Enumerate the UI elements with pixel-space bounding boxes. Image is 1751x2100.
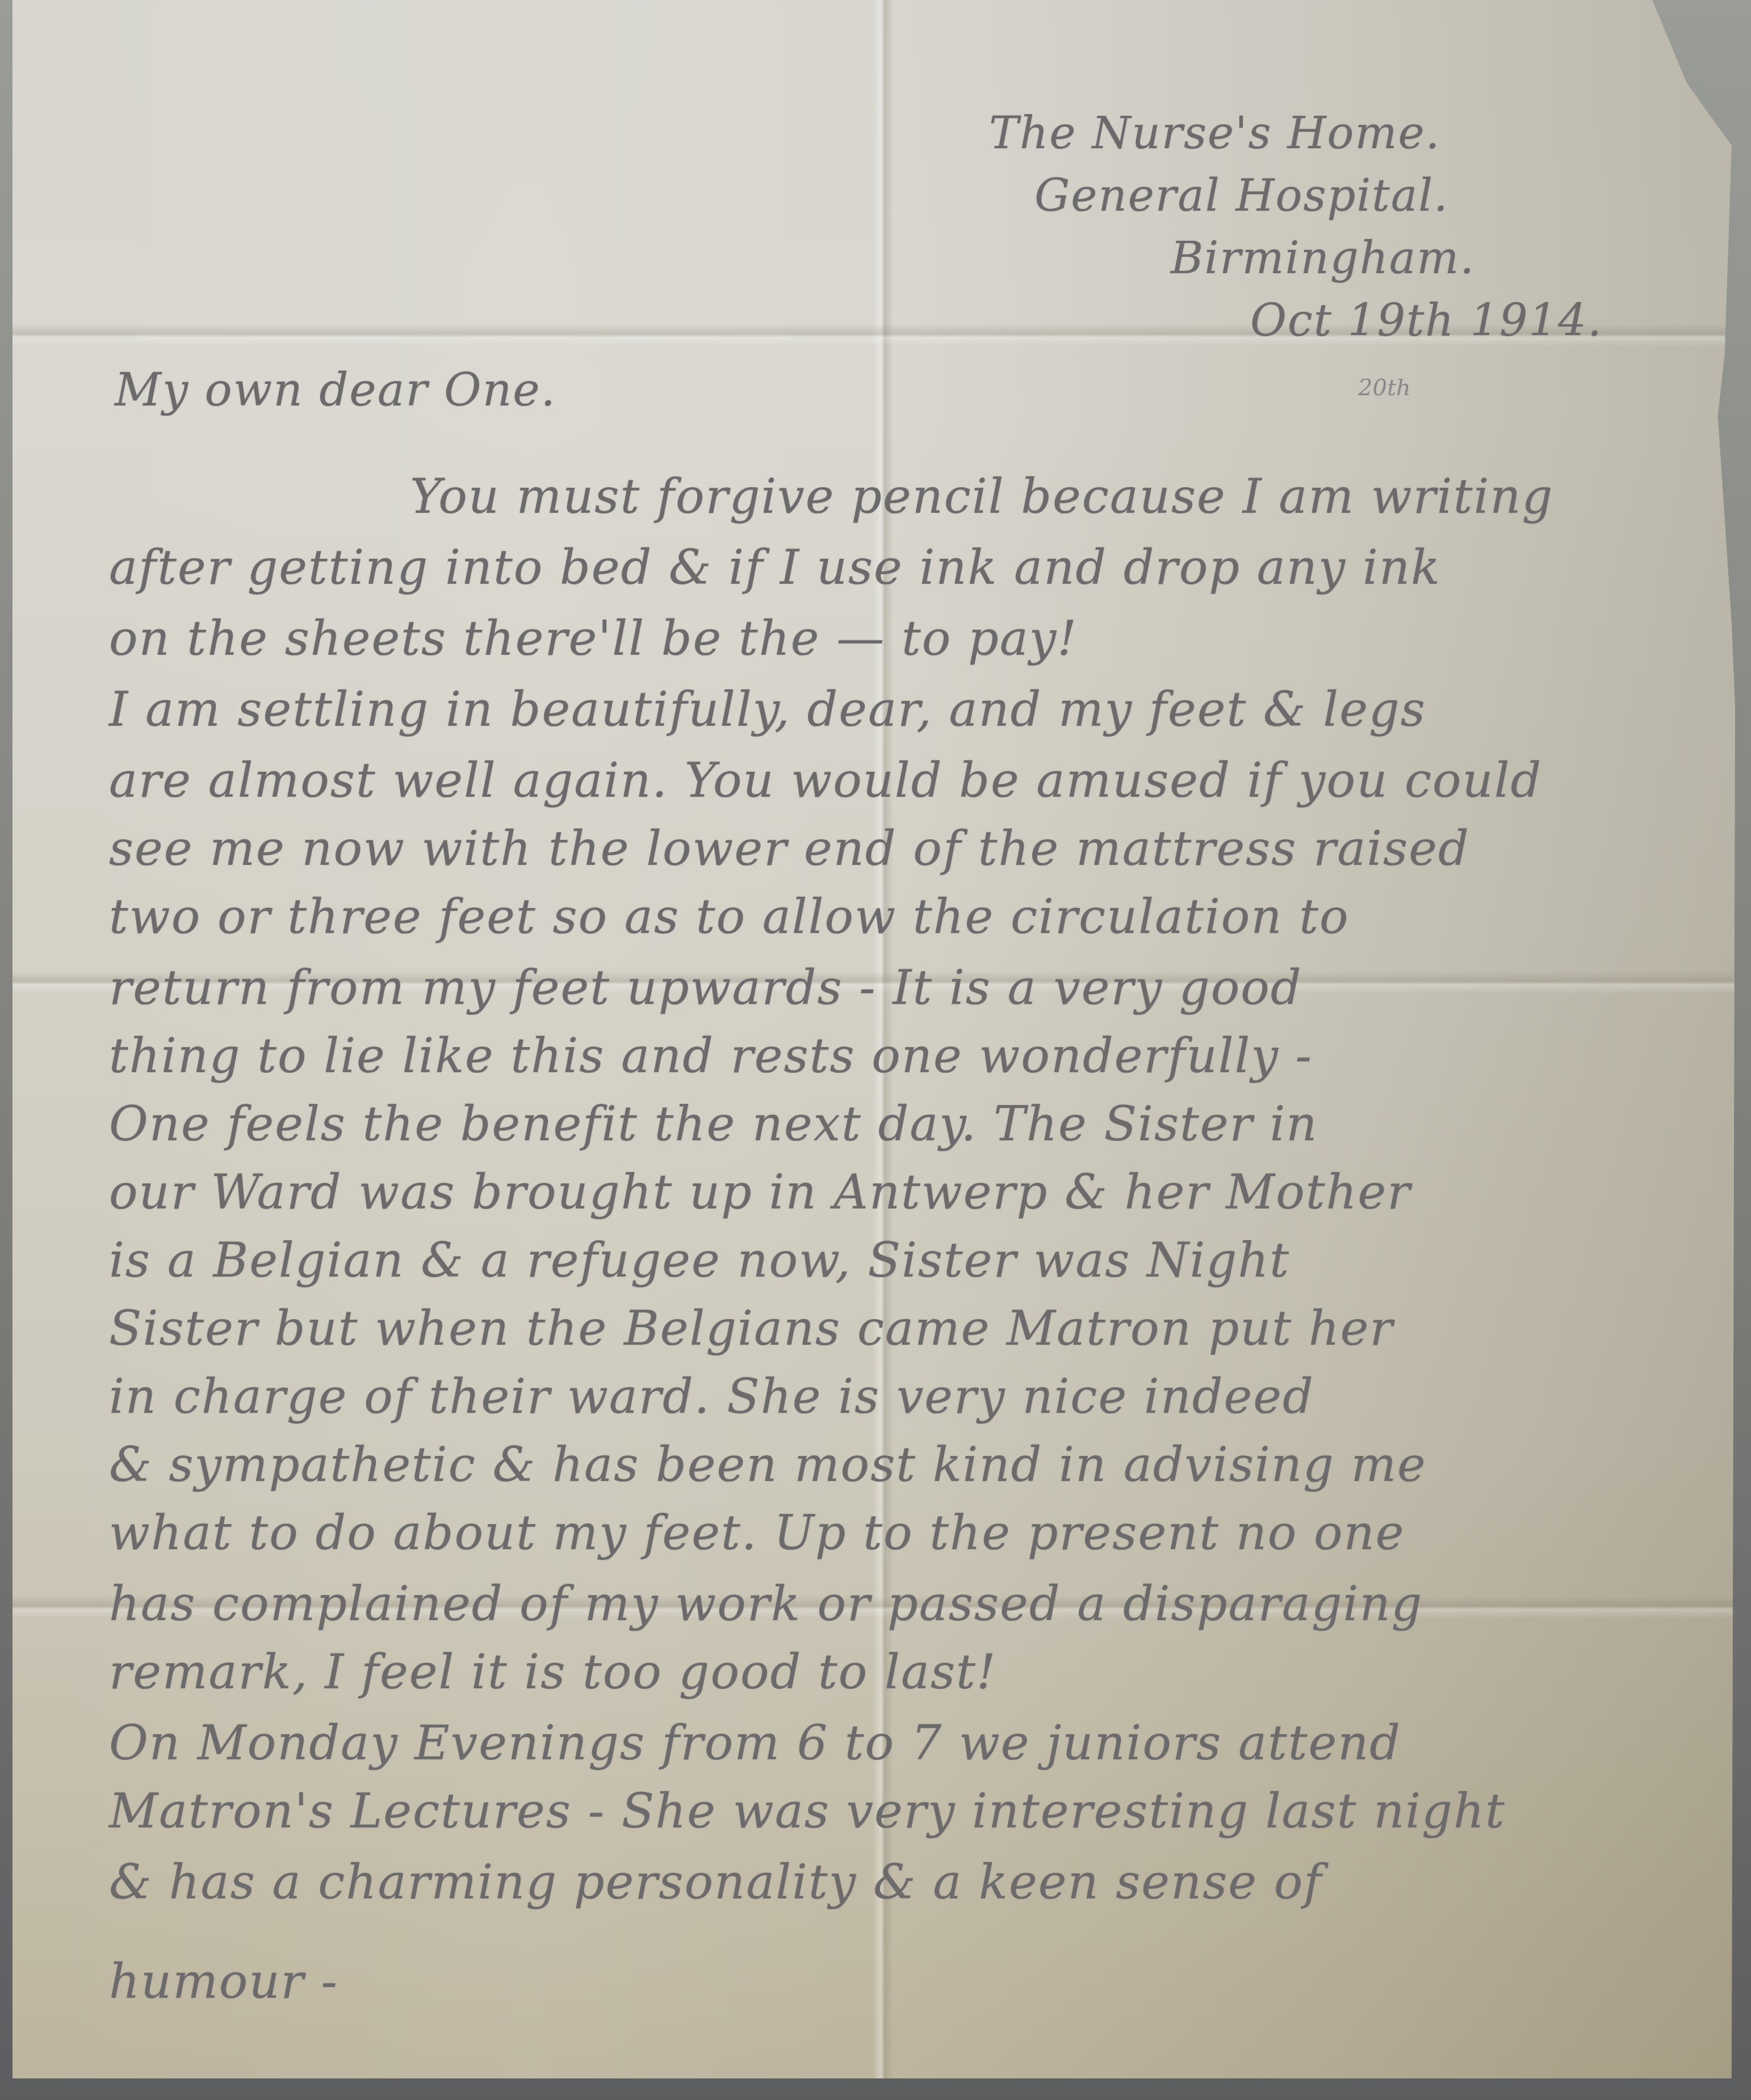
body-line: after getting into bed & if I use ink an… xyxy=(109,539,1441,595)
body-line: Matron's Lectures - She was very interes… xyxy=(109,1783,1506,1839)
body-line: see me now with the lower end of the mat… xyxy=(109,821,1470,876)
date-annotation: 20th xyxy=(1358,375,1411,401)
address-line-1: The Nurse's Home. xyxy=(989,108,1440,159)
body-line: are almost well again. You would be amus… xyxy=(109,752,1542,808)
letter-photograph: The Nurse's Home. General Hospital. Birm… xyxy=(0,0,1751,2100)
body-line: what to do about my feet. Up to the pres… xyxy=(109,1505,1405,1561)
letter-date: Oct 19th 1914. xyxy=(1250,295,1603,346)
body-line: & sympathetic & has been most kind in ad… xyxy=(109,1437,1427,1492)
body-line: thing to lie like this and rests one won… xyxy=(109,1028,1313,1084)
body-line: & has a charming personality & a keen se… xyxy=(109,1854,1322,1910)
body-line: in charge of their ward. She is very nic… xyxy=(109,1369,1314,1424)
address-line-3: Birmingham. xyxy=(1171,233,1475,284)
body-line: two or three feet so as to allow the cir… xyxy=(109,889,1350,944)
body-line: our Ward was brought up in Antwerp & her… xyxy=(109,1164,1411,1220)
closing-line: humour - xyxy=(109,1953,338,2009)
body-line: You must forgive pencil because I am wri… xyxy=(410,468,1553,524)
body-line: has complained of my work or passed a di… xyxy=(109,1576,1423,1632)
letter-sheet: The Nurse's Home. General Hospital. Birm… xyxy=(12,0,1739,2078)
body-line: on the sheets there'll be the — to pay! xyxy=(109,610,1078,666)
body-line: I am settling in beautifully, dear, and … xyxy=(109,681,1426,737)
body-line: On Monday Evenings from 6 to 7 we junior… xyxy=(109,1715,1401,1771)
address-line-2: General Hospital. xyxy=(1034,170,1449,221)
salutation: My own dear One. xyxy=(115,363,556,416)
body-line: return from my feet upwards - It is a ve… xyxy=(109,960,1302,1015)
body-line: remark, I feel it is too good to last! xyxy=(109,1644,997,1700)
body-line: One feels the benefit the next day. The … xyxy=(109,1096,1318,1152)
body-line: is a Belgian & a refugee now, Sister was… xyxy=(109,1232,1290,1288)
body-line: Sister but when the Belgians came Matron… xyxy=(109,1300,1394,1356)
